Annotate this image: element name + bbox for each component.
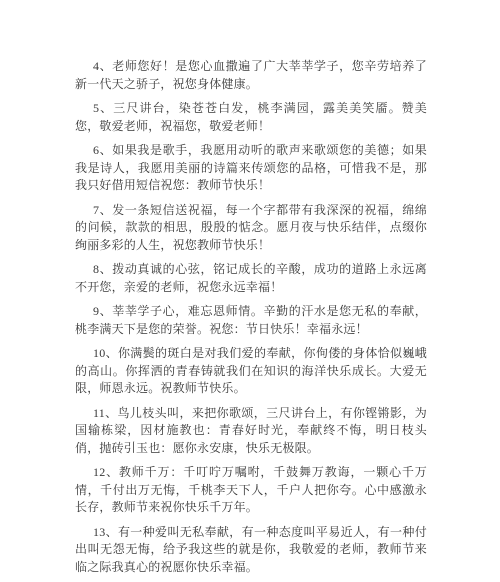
blessing-paragraph-8: 8、拨动真诚的心弦，铭记成长的辛酸，成功的道路上永远离不开您，亲爱的老师，祝您永… (75, 261, 427, 296)
blessing-paragraph-11: 11、鸟儿枝头叫，来把你歌颂，三尺讲台上，有你铿锵影，为国输栋梁，因材施教也：青… (75, 405, 427, 458)
blessing-paragraph-6: 6、如果我是歌手，我愿用动听的歌声来歌颂您的美德；如果我是诗人，我愿用美丽的诗篇… (75, 142, 427, 195)
greetings-text-block: 4、老师您好！是您心血撒遍了广大莘莘学子，您辛劳培养了新一代天之骄子，祝您身体健… (75, 58, 427, 576)
blessing-paragraph-12: 12、教师千万：千叮咛万嘱咐，千鼓舞万教诲，一颗心千万情，千付出万无悔，千桃李天… (75, 464, 427, 517)
blessing-paragraph-4: 4、老师您好！是您心血撒遍了广大莘莘学子，您辛劳培养了新一代天之骄子，祝您身体健… (75, 58, 427, 93)
blessing-paragraph-9: 9、莘莘学子心，难忘恩师情。辛勤的汗水是您无私的奉献，桃李满天下是您的荣誉。祝您… (75, 303, 427, 338)
blessing-paragraph-10: 10、你满鬓的斑白是对我们爱的奉献，你佝偻的身体恰似巍峨的高山。你挥洒的青春铸就… (75, 345, 427, 398)
blessing-paragraph-13: 13、有一种爱叫无私奉献，有一种态度叫平易近人，有一种付出叫无怨无悔，给予我这些… (75, 524, 427, 577)
blessing-paragraph-7: 7、发一条短信送祝福，每一个字都带有我深深的祝福，绵绵的问候，款款的相思，殷殷的… (75, 202, 427, 255)
document-page: 4、老师您好！是您心血撒遍了广大莘莘学子，您辛劳培养了新一代天之骄子，祝您身体健… (0, 0, 500, 582)
blessing-paragraph-5: 5、三尺讲台，染苍苍白发，桃李满园，露美美笑靥。赞美您，敬爱老师，祝福您，敬爱老… (75, 100, 427, 135)
